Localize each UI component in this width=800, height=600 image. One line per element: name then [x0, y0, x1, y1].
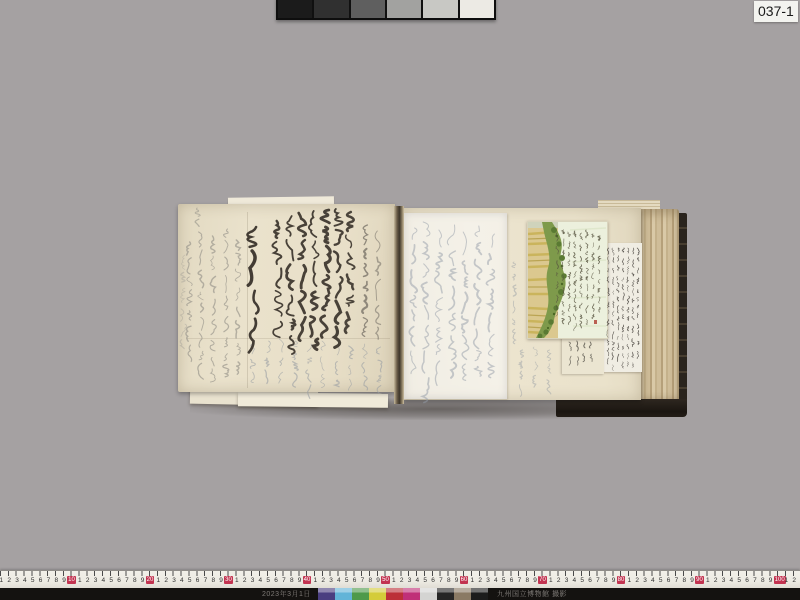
ruler-unit-number: 5: [31, 577, 35, 585]
calibration-patch: [423, 0, 459, 18]
book-cover-bottom: [556, 399, 687, 417]
ruler-unit-number: 1: [392, 577, 396, 585]
ruler-decade-number: 80: [617, 576, 626, 584]
ruler-unit-number: 2: [7, 577, 11, 585]
photo-label: 037-1: [754, 1, 798, 22]
ruler-unit-number: 5: [502, 577, 506, 585]
ruler-unit-number: 2: [792, 577, 796, 585]
color-calibration-patch: [369, 588, 386, 600]
ruler-unit-number: 7: [596, 577, 600, 585]
color-calibration-patch: [335, 588, 352, 600]
ruler-unit-number: 2: [243, 577, 247, 585]
ruler-unit-number: 5: [109, 577, 113, 585]
ruler-unit-number: 1: [235, 577, 239, 585]
ruler-unit-number: 7: [361, 577, 365, 585]
museum-credit: 九州国立博物館 撮影: [497, 590, 567, 599]
ruler-unit-number: 3: [172, 577, 176, 585]
ruler-unit-number: 8: [525, 577, 529, 585]
book-gutter: [394, 206, 404, 404]
pasted-sheet-seam: [247, 212, 248, 388]
color-calibration-patch: [471, 588, 488, 600]
ruler-unit-number: 4: [337, 577, 341, 585]
ruler-unit-number: 9: [298, 577, 302, 585]
ruler-unit-number: 3: [329, 577, 333, 585]
ruler-unit-number: 1: [706, 577, 710, 585]
ruler-unit-number: 1: [549, 577, 553, 585]
calibration-patch: [278, 0, 314, 18]
watercolor-painting: [527, 221, 608, 339]
calibration-patch: [314, 0, 350, 18]
ruler-unit-number: 2: [86, 577, 90, 585]
ruler-unit-number: 6: [196, 577, 200, 585]
ruler-unit-number: 5: [188, 577, 192, 585]
ruler-unit-number: 7: [125, 577, 129, 585]
ruler-unit-number: 7: [204, 577, 208, 585]
ruler-unit-number: 8: [682, 577, 686, 585]
color-calibration-patch: [352, 588, 369, 600]
ruler-unit-number: 5: [345, 577, 349, 585]
manuscript-card: [604, 243, 642, 372]
left-page: [178, 204, 395, 392]
ruler-unit-number: 9: [769, 577, 773, 585]
ruler-decade-number: 10: [67, 576, 76, 584]
ruler-unit-number: 6: [353, 577, 357, 585]
ruler-unit-number: 1: [314, 577, 318, 585]
ruler-unit-number: 9: [612, 577, 616, 585]
ruler-unit-number: 3: [15, 577, 19, 585]
ruler-unit-number: 4: [573, 577, 577, 585]
ruler-unit-number: 3: [722, 577, 726, 585]
ruler-unit-number: 8: [290, 577, 294, 585]
ruler-unit-number: 9: [62, 577, 66, 585]
ruler-decade-number: 60: [460, 576, 469, 584]
ruler-unit-number: 4: [180, 577, 184, 585]
ruler-unit-number: 3: [486, 577, 490, 585]
calibration-patch: [387, 0, 423, 18]
ruler-unit-number: 3: [643, 577, 647, 585]
ruler-decade-number: 30: [224, 576, 233, 584]
ruler-unit-number: 4: [494, 577, 498, 585]
ruler-unit-number: 8: [761, 577, 765, 585]
ruler-unit-number: 5: [423, 577, 427, 585]
note-card: [562, 336, 604, 374]
ruler-unit-number: 8: [211, 577, 215, 585]
ruler-unit-number: 3: [408, 577, 412, 585]
color-calibration-patch: [386, 588, 403, 600]
loose-page-edge: [238, 392, 388, 408]
ruler-decade-number: 90: [695, 576, 704, 584]
ruler-unit-number: 4: [730, 577, 734, 585]
ruler-unit-number: 4: [416, 577, 420, 585]
ruler-unit-number: 1: [78, 577, 82, 585]
ruler-unit-number: 9: [533, 577, 537, 585]
ruler-unit-number: 4: [651, 577, 655, 585]
ruler-unit-number: 2: [164, 577, 168, 585]
ruler-unit-number: 6: [745, 577, 749, 585]
ruler-unit-number: 7: [47, 577, 51, 585]
book-cover-edge: [679, 213, 687, 403]
ruler-unit-number: 7: [518, 577, 522, 585]
ruler-unit-number: 6: [274, 577, 278, 585]
info-strip: 2023年3月1日 九州国立博物館 撮影: [0, 588, 800, 600]
grayscale-calibration-bar: [276, 0, 496, 20]
color-calibration-patch: [403, 588, 420, 600]
ruler-unit-number: 7: [439, 577, 443, 585]
ruler-unit-number: 9: [690, 577, 694, 585]
ruler-unit-number: 8: [447, 577, 451, 585]
photo-background: { "photo": { "label": "037-1", "capture_…: [0, 0, 800, 600]
ruler-unit-number: 6: [117, 577, 121, 585]
calibration-patch: [351, 0, 387, 18]
color-calibration-bar: [318, 588, 488, 600]
calibration-patch: [460, 0, 494, 18]
ruler-unit-number: 3: [251, 577, 255, 585]
ruler-unit-number: 5: [659, 577, 663, 585]
ruler-unit-number: 2: [557, 577, 561, 585]
ruler-unit-number: 1: [0, 577, 3, 585]
watercolor-landscape-art: [528, 222, 607, 338]
ruler-decade-number: 20: [146, 576, 155, 584]
ruler-unit-number: 6: [588, 577, 592, 585]
color-calibration-patch: [454, 588, 471, 600]
translucent-overlay-sheet: [404, 213, 507, 399]
ruler-unit-number: 2: [478, 577, 482, 585]
ruler-unit-number: 5: [580, 577, 584, 585]
ruler-unit-number: 3: [565, 577, 569, 585]
ruler-unit-number: 9: [141, 577, 145, 585]
ruler-unit-number: 5: [737, 577, 741, 585]
ruler: 1234567891012345678920123456789301234567…: [0, 570, 800, 589]
ruler-unit-number: 8: [604, 577, 608, 585]
capture-date: 2023年3月1日: [262, 590, 311, 599]
ruler-unit-number: 7: [282, 577, 286, 585]
ruler-unit-number: 9: [376, 577, 380, 585]
ruler-unit-number: 1: [157, 577, 161, 585]
ruler-unit-number: 1: [471, 577, 475, 585]
ruler-unit-number: 4: [102, 577, 106, 585]
pasted-sheet-seam: [186, 338, 390, 339]
ruler-decade-number: 40: [303, 576, 312, 584]
ruler-unit-number: 4: [23, 577, 27, 585]
ruler-unit-number: 2: [714, 577, 718, 585]
ruler-unit-number: 8: [368, 577, 372, 585]
color-calibration-patch: [318, 588, 335, 600]
ruler-unit-number: 9: [219, 577, 223, 585]
ruler-unit-number: 7: [753, 577, 757, 585]
ruler-unit-number: 9: [455, 577, 459, 585]
ruler-unit-number: 8: [54, 577, 58, 585]
ruler-unit-number: 1: [628, 577, 632, 585]
ruler-decade-number: 50: [381, 576, 390, 584]
ruler-unit-number: 7: [675, 577, 679, 585]
ruler-unit-number: 3: [94, 577, 98, 585]
ruler-unit-number: 6: [667, 577, 671, 585]
ruler-unit-number: 2: [635, 577, 639, 585]
book-fore-edge: [641, 209, 679, 405]
ruler-unit-number: 1: [785, 577, 789, 585]
ruler-unit-number: 6: [510, 577, 514, 585]
ruler-unit-number: 2: [400, 577, 404, 585]
ruler-unit-number: 5: [266, 577, 270, 585]
ruler-unit-number: 2: [321, 577, 325, 585]
ruler-unit-number: 4: [259, 577, 263, 585]
ruler-unit-number: 6: [39, 577, 43, 585]
ruler-unit-number: 8: [133, 577, 137, 585]
color-calibration-patch: [437, 588, 454, 600]
color-calibration-patch: [420, 588, 437, 600]
ruler-decade-number: 70: [538, 576, 547, 584]
ruler-unit-number: 6: [431, 577, 435, 585]
